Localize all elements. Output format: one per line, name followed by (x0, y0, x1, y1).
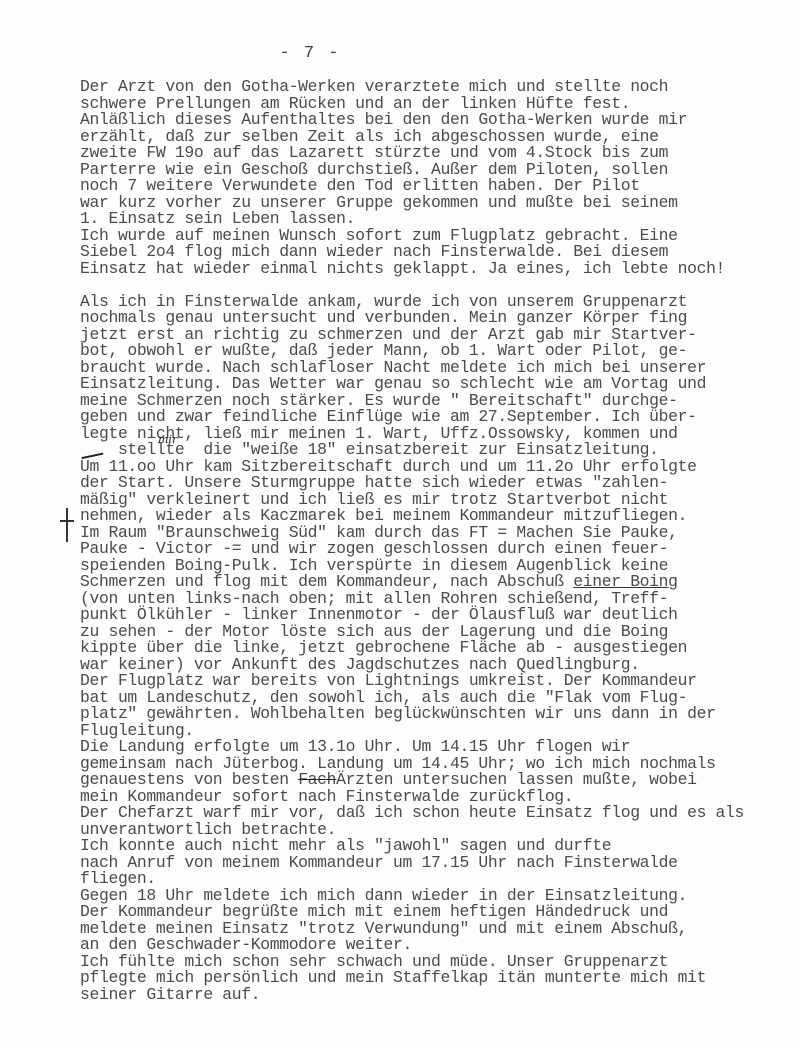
page-number: - 7 - (0, 44, 620, 63)
text-line: nach Anruf von meinem Kommandeur um 17.1… (80, 855, 800, 872)
text-line: seiner Gitarre auf. (80, 987, 800, 1004)
text-line: Einsatz hat wieder einmal nichts geklapp… (80, 261, 800, 278)
document-page: - 7 - Der Arzt von den Gotha-Werken vera… (0, 0, 802, 1044)
margin-insert-mark (60, 508, 74, 542)
typewritten-body: Der Arzt von den Gotha-Werken verarztete… (80, 79, 800, 1003)
handwritten-insert: mir (158, 433, 177, 446)
